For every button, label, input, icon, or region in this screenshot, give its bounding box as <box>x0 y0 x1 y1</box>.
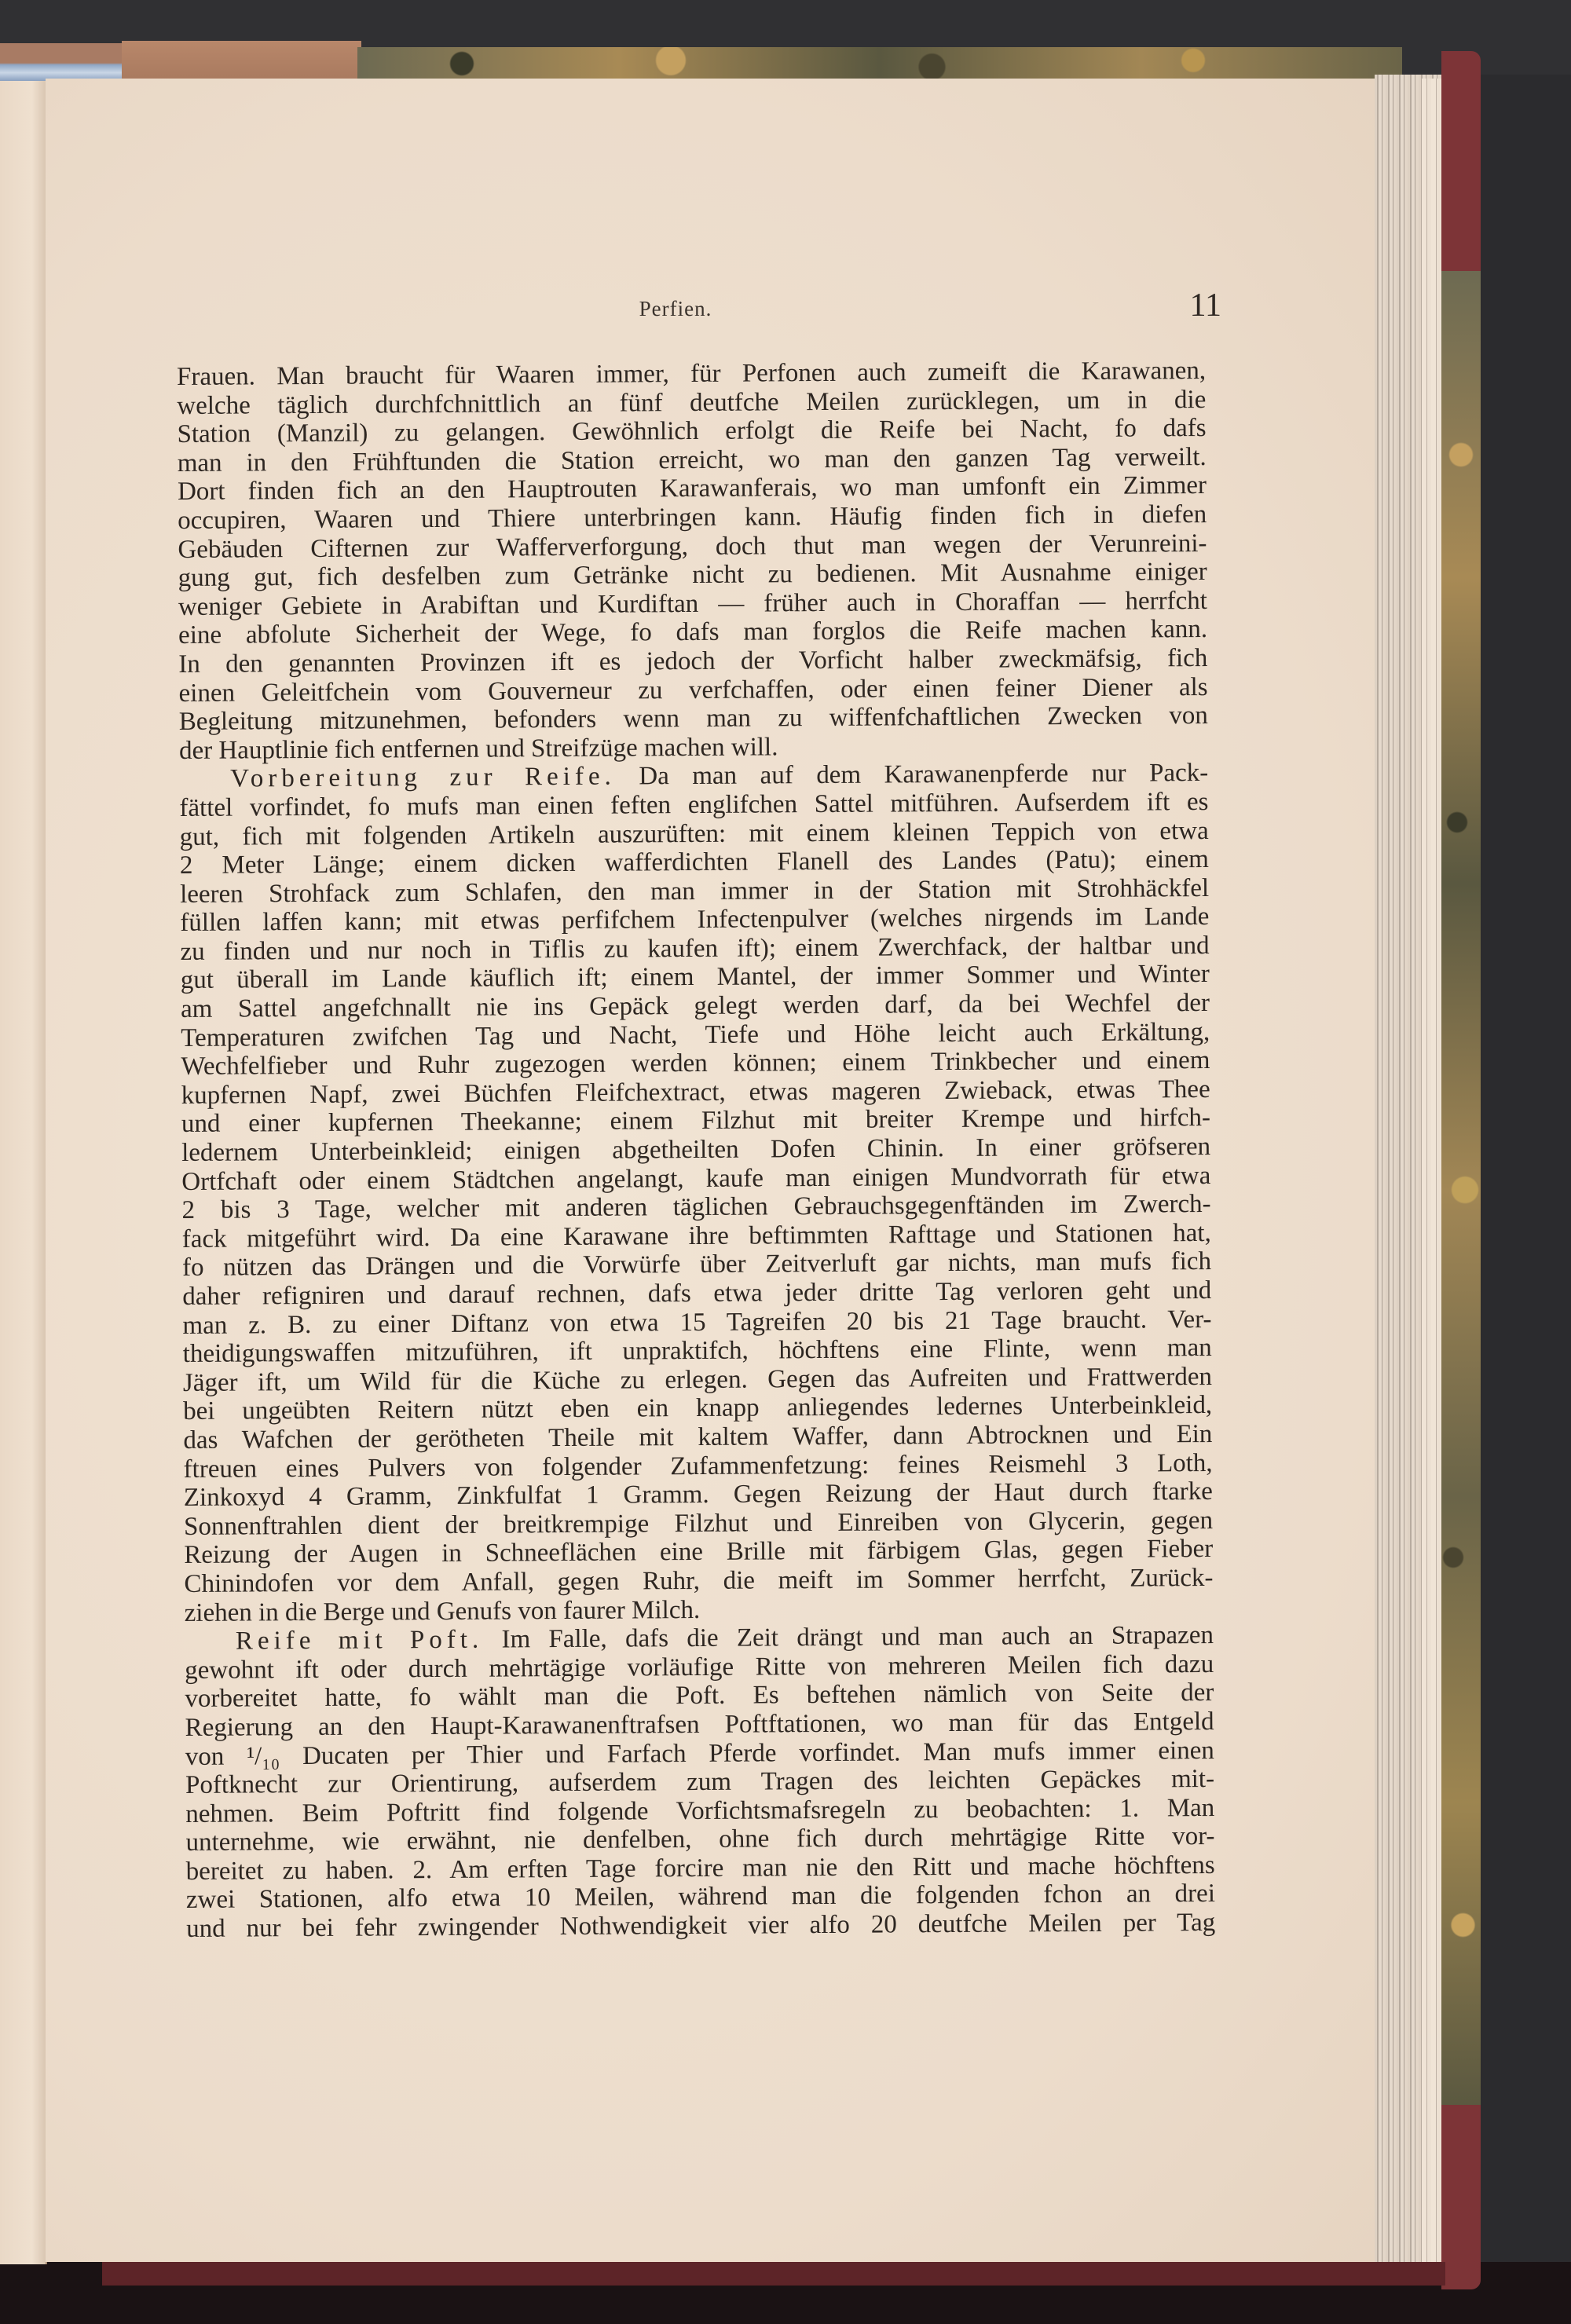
leather-corner-bottom <box>1441 2105 1481 2289</box>
left-page-edge <box>0 81 47 2264</box>
book-headband <box>122 41 361 80</box>
page-stack-edges-inner <box>1422 79 1441 2262</box>
section-heading-reise-mit-post: Reife mit Poft. <box>236 1626 484 1656</box>
text-fragment: Im Falle, dafs die Zeit drängt und man a… <box>501 1621 1214 1654</box>
text-fragment: Da man auf dem Karawanenpferde nur Pack- <box>639 759 1208 790</box>
leather-edge-bottom <box>102 2262 1445 2286</box>
marbled-board-side <box>1441 271 1481 2109</box>
section-heading-vorbereitung: Vorbereitung zur Reife. <box>230 763 616 793</box>
page-number: 11 <box>1143 287 1221 324</box>
body-text: Frauen. Man braucht für Waaren immer, fü… <box>177 357 1215 1944</box>
leather-corner-top <box>1441 51 1481 275</box>
marbled-board-top <box>357 47 1402 80</box>
left-cover-edge <box>0 43 126 82</box>
